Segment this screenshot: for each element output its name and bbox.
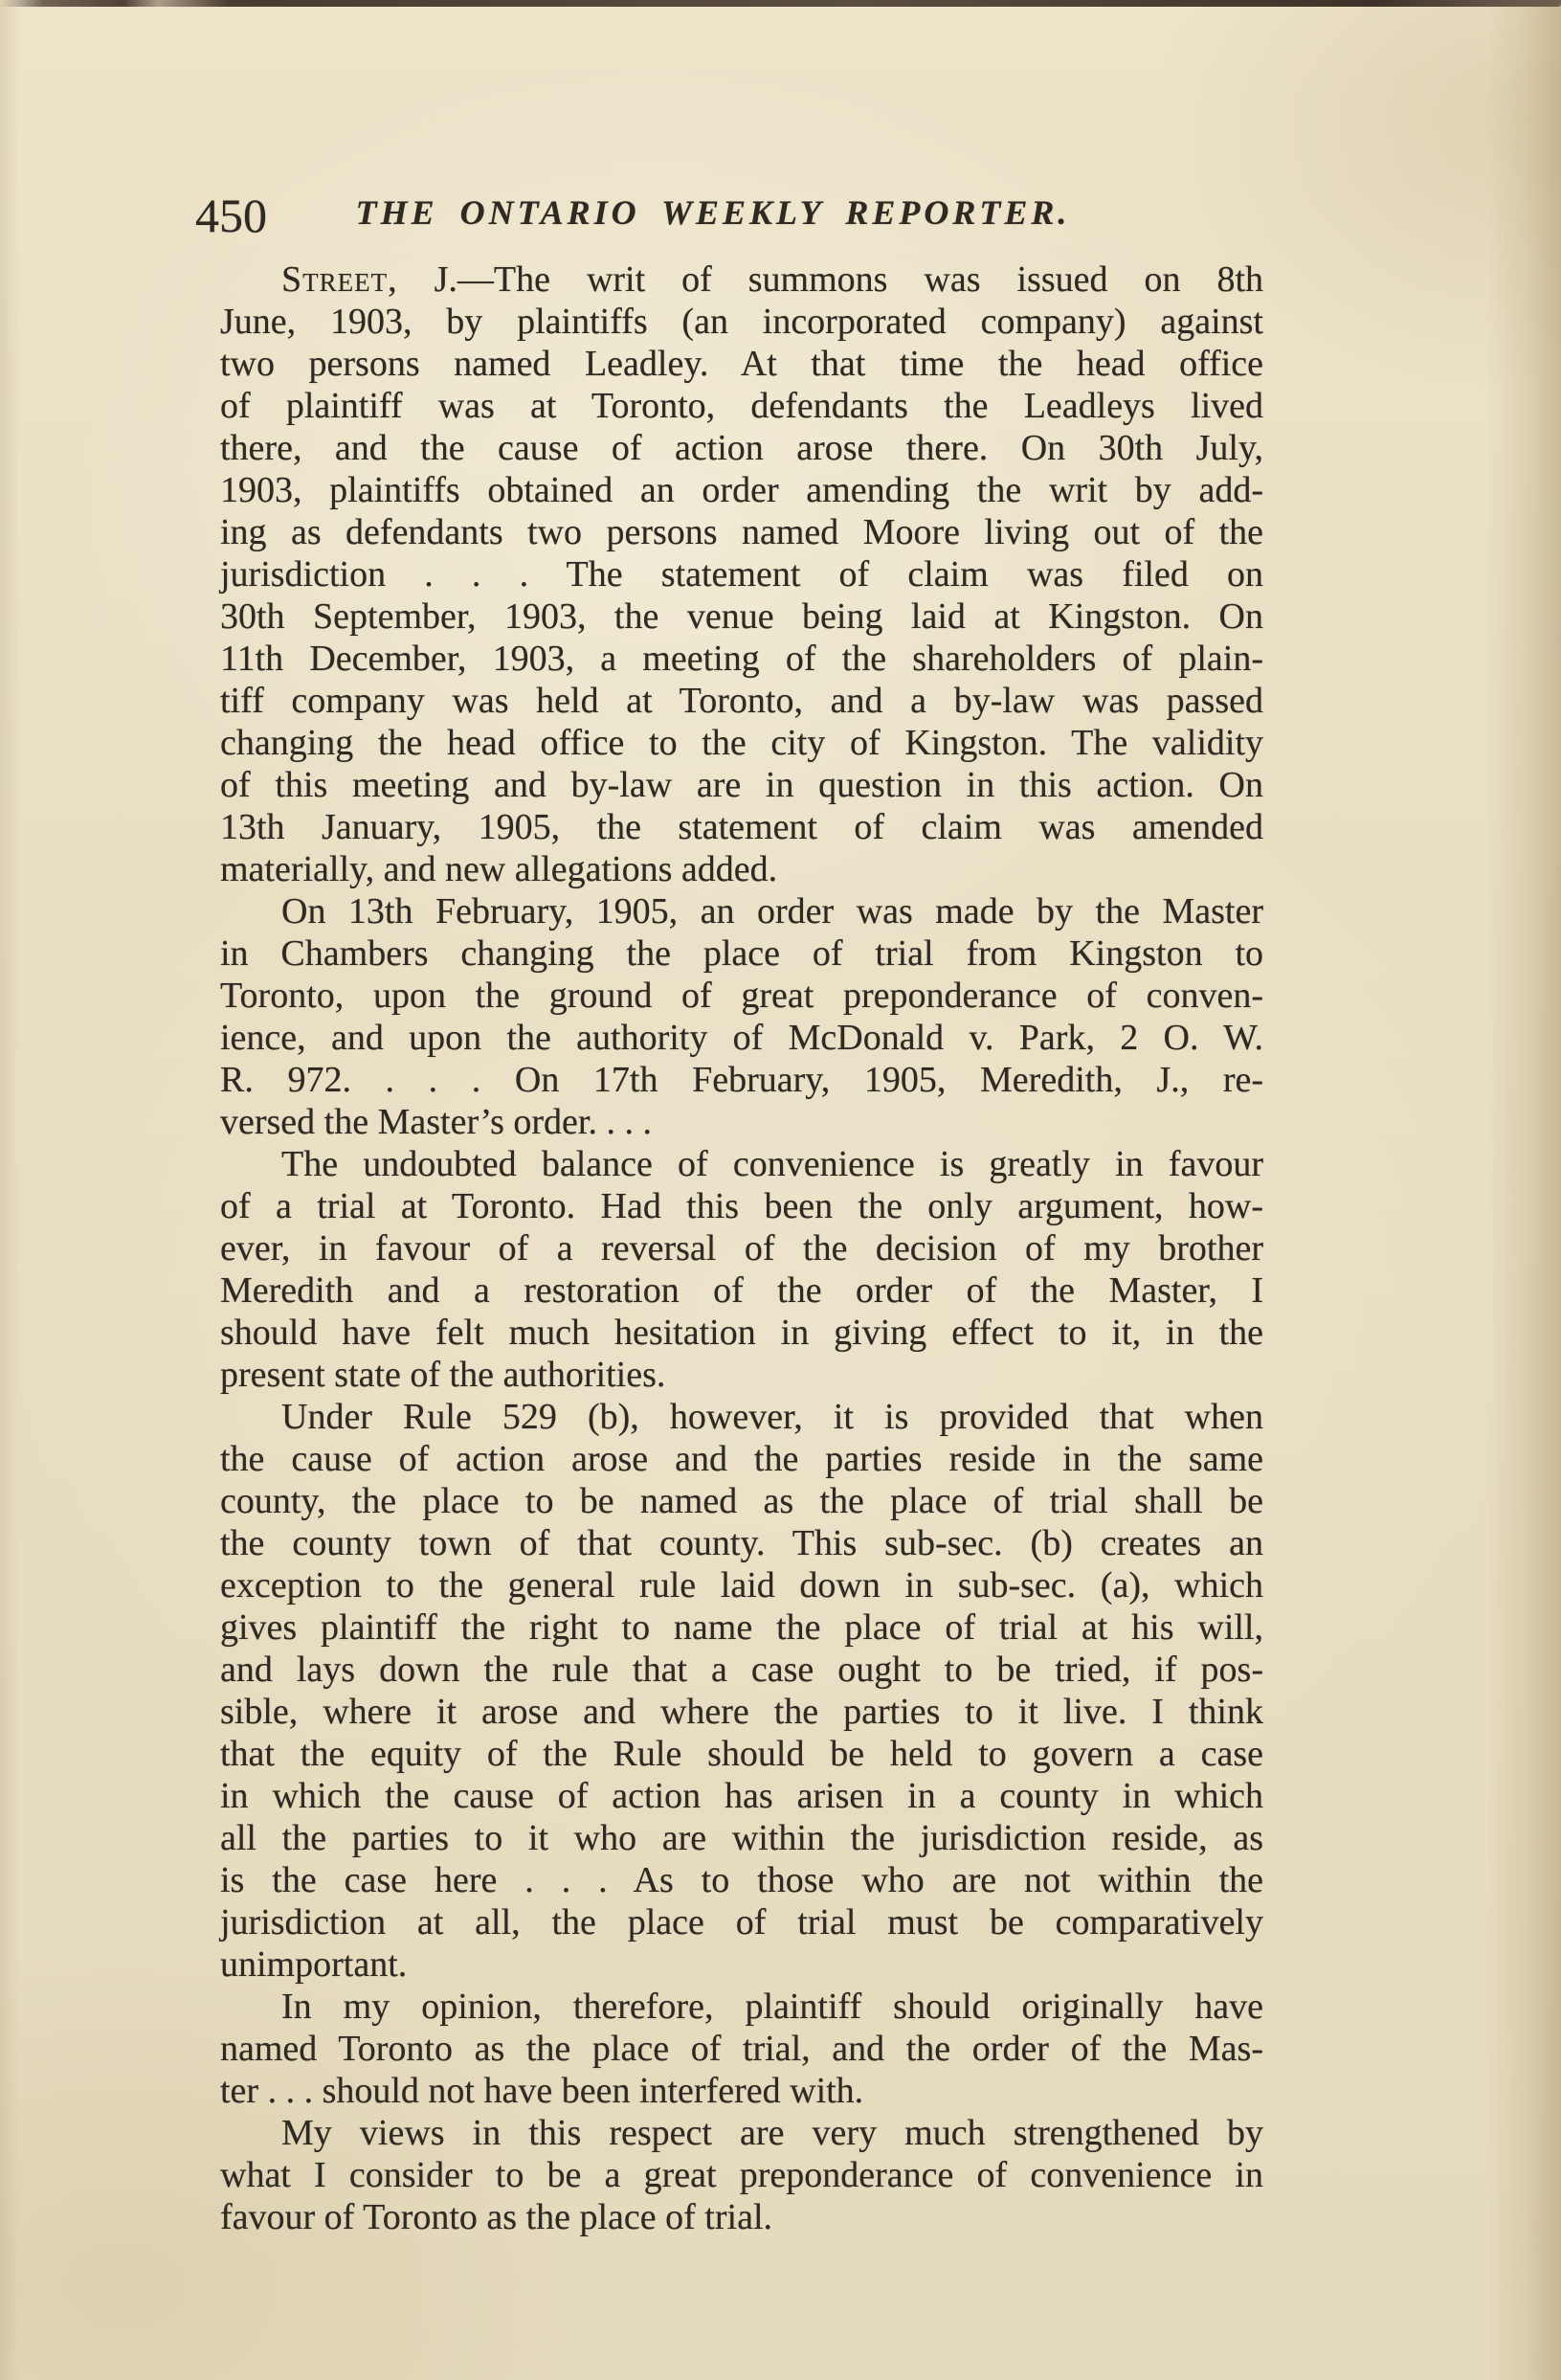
text-line: the cause of action arose and the partie… (220, 1438, 1263, 1480)
text-line: 13th January, 1905, the statement of cla… (220, 806, 1263, 848)
scanned-book-page: { "page": { "number": "450", "header": "… (0, 0, 1561, 2380)
text-line: sible, where it arose and where the part… (220, 1691, 1263, 1733)
text-line: of a trial at Toronto. Had this been the… (220, 1185, 1263, 1227)
page-left-edge-shadow (0, 0, 19, 2380)
paragraph: The undoubted balance of convenience is … (220, 1143, 1263, 1396)
paragraph: On 13th February, 1905, an order was mad… (220, 890, 1263, 1143)
text-line: that the equity of the Rule should be he… (220, 1733, 1263, 1775)
text-line: Under Rule 529 (b), however, it is provi… (220, 1396, 1263, 1438)
text-line: versed the Master’s order. . . . (220, 1101, 1263, 1143)
text-line: In my opinion, therefore, plaintiff shou… (220, 1986, 1263, 2028)
text-line: ter . . . should not have been interfere… (220, 2070, 1263, 2112)
text-line: and lays down the rule that a case ought… (220, 1649, 1263, 1691)
text-line: of this meeting and by-law are in questi… (220, 764, 1263, 806)
text-line: On 13th February, 1905, an order was mad… (220, 890, 1263, 932)
text-line: Meredith and a restoration of the order … (220, 1269, 1263, 1312)
text-line: unimportant. (220, 1943, 1263, 1986)
text-line: Toronto, upon the ground of great prepon… (220, 975, 1263, 1017)
text-line: gives plaintiff the right to name the pl… (220, 1606, 1263, 1649)
text-line: what I consider to be a great prepondera… (220, 2154, 1263, 2196)
text-line: changing the head office to the city of … (220, 722, 1263, 764)
text-line: materially, and new allegations added. (220, 848, 1263, 890)
text-line: favour of Toronto as the place of trial. (220, 2196, 1263, 2238)
text-line: June, 1903, by plaintiffs (an incorporat… (220, 301, 1263, 343)
text-line: exception to the general rule laid down … (220, 1564, 1263, 1606)
text-line: is the case here . . . As to those who a… (220, 1859, 1263, 1901)
text-line: the county town of that county. This sub… (220, 1522, 1263, 1564)
text-line: in which the cause of action has arisen … (220, 1775, 1263, 1817)
text-line: jurisdiction . . . The statement of clai… (220, 553, 1263, 595)
text-line: of plaintiff was at Toronto, defendants … (220, 385, 1263, 427)
text-line: named Toronto as the place of trial, and… (220, 2028, 1263, 2070)
page-right-edge-shadow (1486, 0, 1561, 2380)
text-line: two persons named Leadley. At that time … (220, 343, 1263, 385)
text-line: The undoubted balance of convenience is … (220, 1143, 1263, 1185)
scan-top-edge-line (0, 0, 1561, 7)
text-line: county, the place to be named as the pla… (220, 1480, 1263, 1522)
text-line: Street, J.—The writ of summons was issue… (220, 258, 1263, 301)
text-line: present state of the authorities. (220, 1354, 1263, 1396)
text-line: 30th September, 1903, the venue being la… (220, 595, 1263, 638)
text-line: ever, in favour of a reversal of the dec… (220, 1227, 1263, 1269)
body-text: Street, J.—The writ of summons was issue… (220, 258, 1263, 2238)
running-header: THE ONTARIO WEEKLY REPORTER. (220, 195, 1206, 230)
paragraph: In my opinion, therefore, plaintiff shou… (220, 1986, 1263, 2238)
text-line: there, and the cause of action arose the… (220, 427, 1263, 469)
text-line: ience, and upon the authority of McDonal… (220, 1017, 1263, 1059)
text-line: 11th December, 1903, a meeting of the sh… (220, 638, 1263, 680)
paragraph: Under Rule 529 (b), however, it is provi… (220, 1396, 1263, 1986)
text-line: tiff company was held at Toronto, and a … (220, 680, 1263, 722)
text-line: jurisdiction at all, the place of trial … (220, 1901, 1263, 1943)
text-line: ing as defendants two persons named Moor… (220, 511, 1263, 553)
paragraph: Street, J.—The writ of summons was issue… (220, 258, 1263, 890)
text-line: all the parties to it who are within the… (220, 1817, 1263, 1859)
smallcaps-lead: Street, (281, 259, 398, 300)
text-line: R. 972. . . . On 17th February, 1905, Me… (220, 1059, 1263, 1101)
text-line: in Chambers changing the place of trial … (220, 932, 1263, 975)
text-line: should have felt much hesitation in givi… (220, 1312, 1263, 1354)
text-line: 1903, plaintiffs obtained an order amend… (220, 469, 1263, 511)
text-line: My views in this respect are very much s… (220, 2112, 1263, 2154)
